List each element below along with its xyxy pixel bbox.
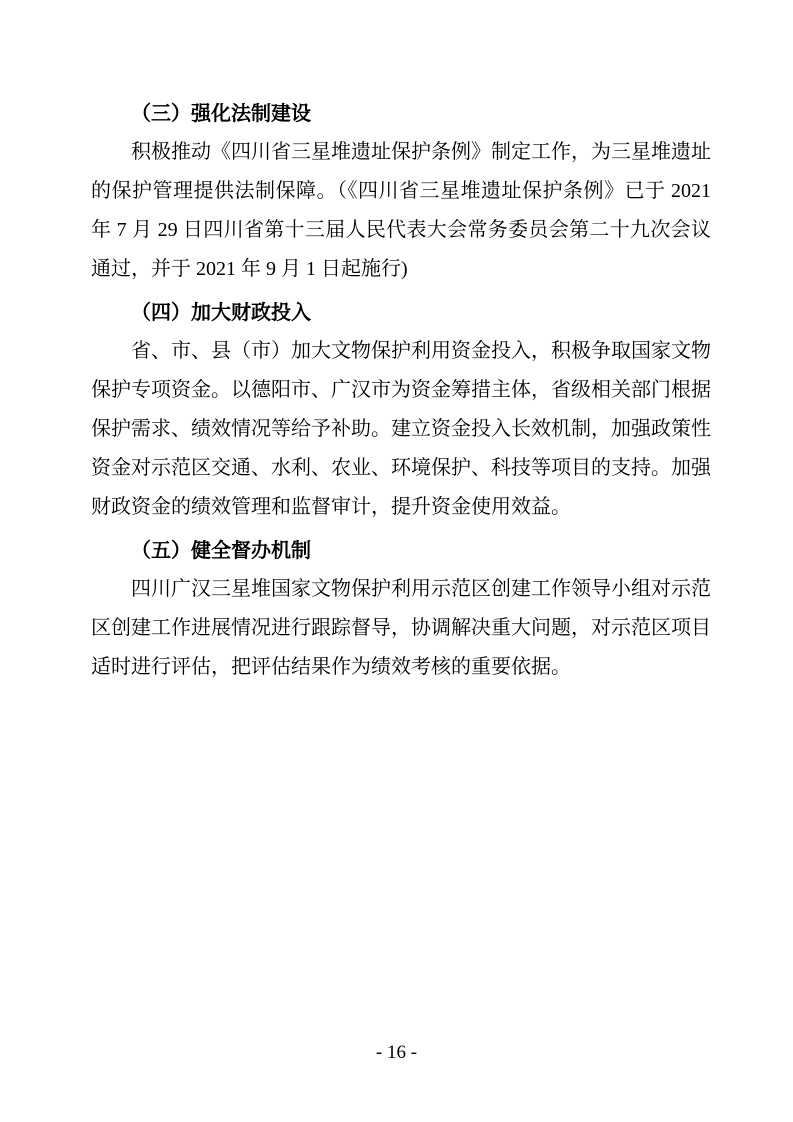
body-paragraph: 省、市、县（市）加大文物保护利用资金投入，积极争取国家文物保护专项资金。以德阳市… [91, 332, 711, 527]
body-paragraph: 积极推动《四川省三星堆遗址保护条例》制定工作，为三星堆遗址的保护管理提供法制保障… [91, 133, 711, 289]
document-sheet: （三）强化法制建设 积极推动《四川省三星堆遗址保护条例》制定工作，为三星堆遗址的… [0, 0, 793, 1122]
section-heading-4: （四）加大财政投入 [91, 293, 711, 332]
section-heading-3: （三）强化法制建设 [91, 94, 711, 133]
body-paragraph: 四川广汉三星堆国家文物保护利用示范区创建工作领导小组对示范区创建工作进展情况进行… [91, 570, 711, 687]
document-content: （三）强化法制建设 积极推动《四川省三星堆遗址保护条例》制定工作，为三星堆遗址的… [91, 94, 711, 687]
page-number: - 16 - [0, 1043, 793, 1063]
document-page: { "page": { "background_color": "#ffffff… [0, 0, 793, 1122]
section-heading-5: （五）健全督办机制 [91, 531, 711, 570]
